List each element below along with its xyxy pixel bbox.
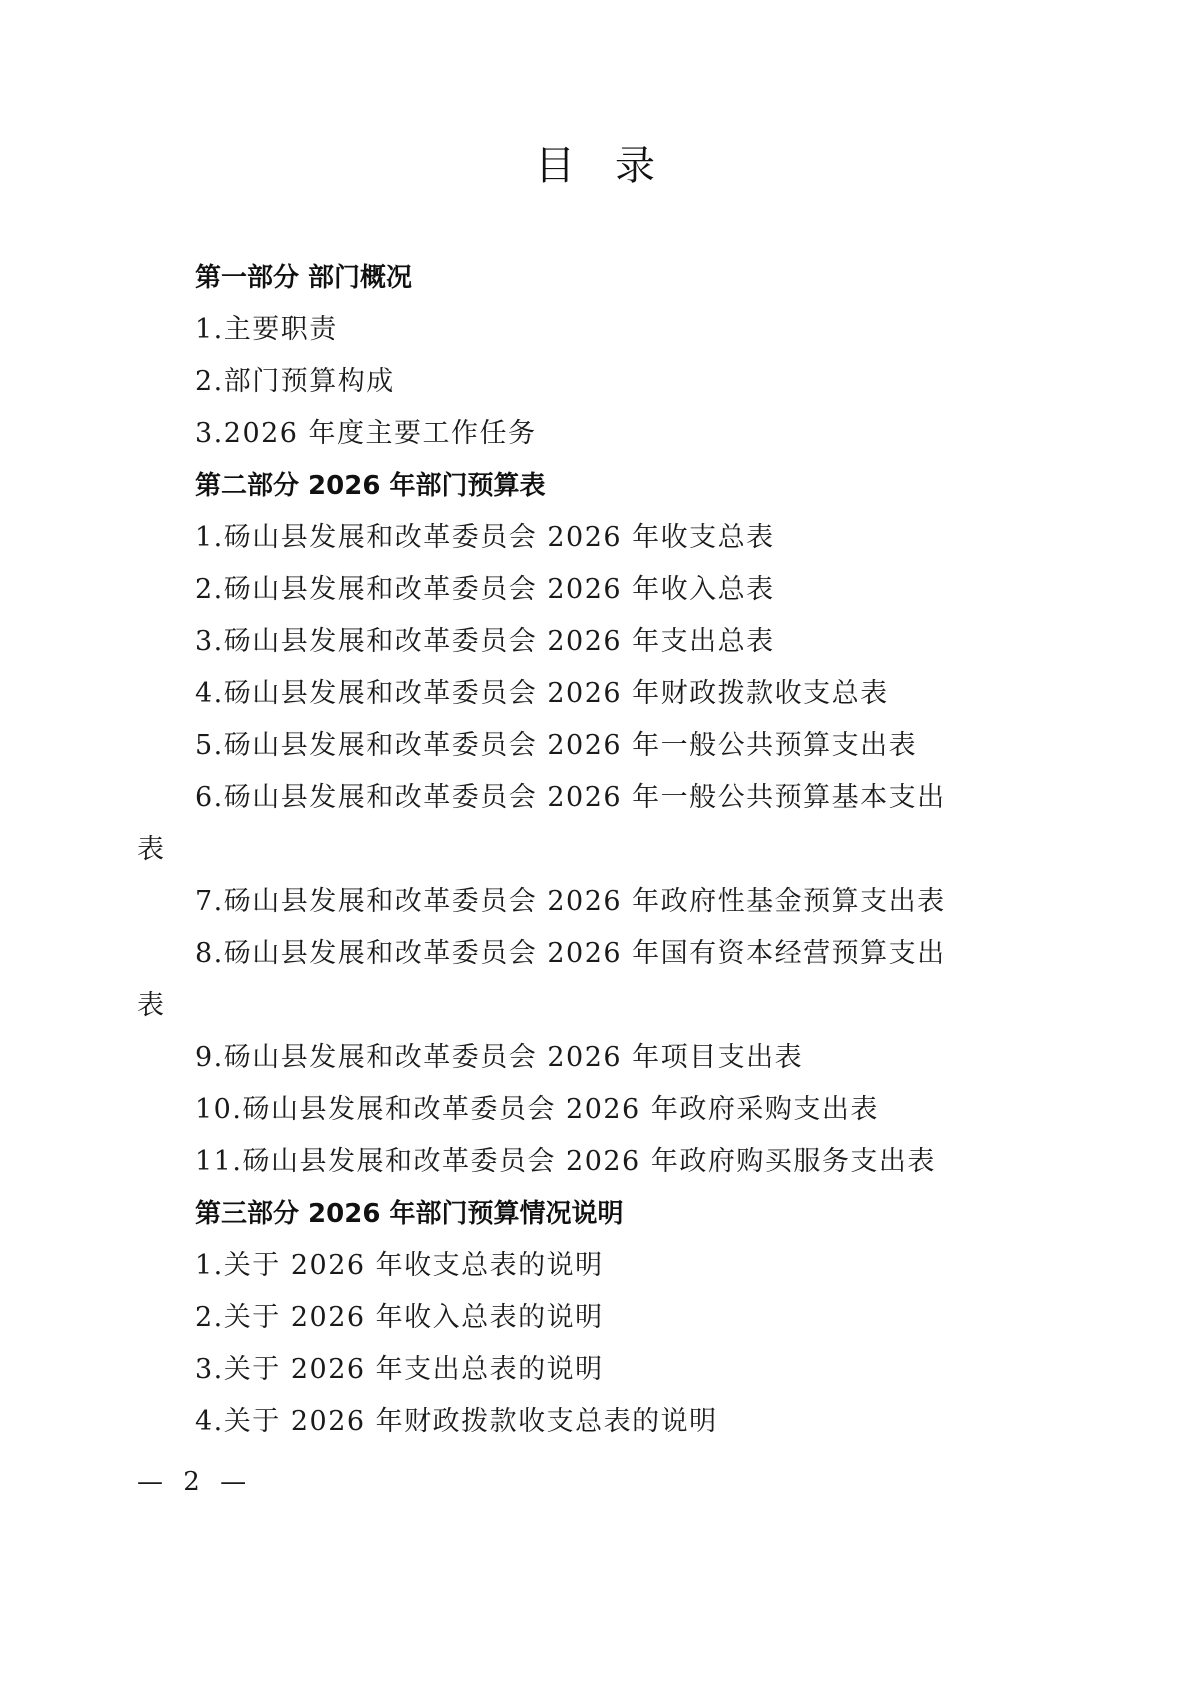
toc-part2-heading[interactable]: 第二部分 2026 年部门预算表 [137, 460, 957, 512]
toc-part2-item-8-wrap[interactable]: 表 [137, 980, 957, 1032]
toc-part3-item-2[interactable]: 2.关于 2026 年收入总表的说明 [137, 1292, 957, 1344]
toc-part2-item-9[interactable]: 9.砀山县发展和改革委员会 2026 年项目支出表 [137, 1032, 957, 1084]
toc-part3-item-4[interactable]: 4.关于 2026 年财政拨款收支总表的说明 [137, 1396, 957, 1448]
toc-part3-item-3[interactable]: 3.关于 2026 年支出总表的说明 [137, 1344, 957, 1396]
toc-part1-heading[interactable]: 第一部分 部门概况 [137, 252, 957, 304]
toc-part3-item-1[interactable]: 1.关于 2026 年收支总表的说明 [137, 1240, 957, 1292]
document-page: 目录 第一部分 部门概况 1.主要职责 2.部门预算构成 3.2026 年度主要… [0, 0, 1190, 1683]
toc-part2-item-3[interactable]: 3.砀山县发展和改革委员会 2026 年支出总表 [137, 616, 957, 668]
toc-part2-item-11[interactable]: 11.砀山县发展和改革委员会 2026 年政府购买服务支出表 [137, 1136, 957, 1188]
toc-part2-item-8[interactable]: 8.砀山县发展和改革委员会 2026 年国有资本经营预算支出 [137, 928, 957, 980]
toc-part2-item-2[interactable]: 2.砀山县发展和改革委员会 2026 年收入总表 [137, 564, 957, 616]
toc-part3-heading[interactable]: 第三部分 2026 年部门预算情况说明 [137, 1188, 957, 1240]
toc-part1-item-1[interactable]: 1.主要职责 [137, 304, 957, 356]
toc-part2-item-7[interactable]: 7.砀山县发展和改革委员会 2026 年政府性基金预算支出表 [137, 876, 957, 928]
toc-part2-item-4[interactable]: 4.砀山县发展和改革委员会 2026 年财政拨款收支总表 [137, 668, 957, 720]
toc-part2-item-6[interactable]: 6.砀山县发展和改革委员会 2026 年一般公共预算基本支出 [137, 772, 957, 824]
toc-part1-item-3[interactable]: 3.2026 年度主要工作任务 [137, 408, 957, 460]
toc-part1-item-2[interactable]: 2.部门预算构成 [137, 356, 957, 408]
page-number: — 2 — [137, 1462, 252, 1502]
toc-part2-item-5[interactable]: 5.砀山县发展和改革委员会 2026 年一般公共预算支出表 [137, 720, 957, 772]
table-of-contents: 第一部分 部门概况 1.主要职责 2.部门预算构成 3.2026 年度主要工作任… [137, 252, 957, 1448]
page-title: 目录 [0, 138, 1190, 194]
toc-part2-item-6-wrap[interactable]: 表 [137, 824, 957, 876]
toc-part2-item-1[interactable]: 1.砀山县发展和改革委员会 2026 年收支总表 [137, 512, 957, 564]
toc-part2-item-10[interactable]: 10.砀山县发展和改革委员会 2026 年政府采购支出表 [137, 1084, 957, 1136]
